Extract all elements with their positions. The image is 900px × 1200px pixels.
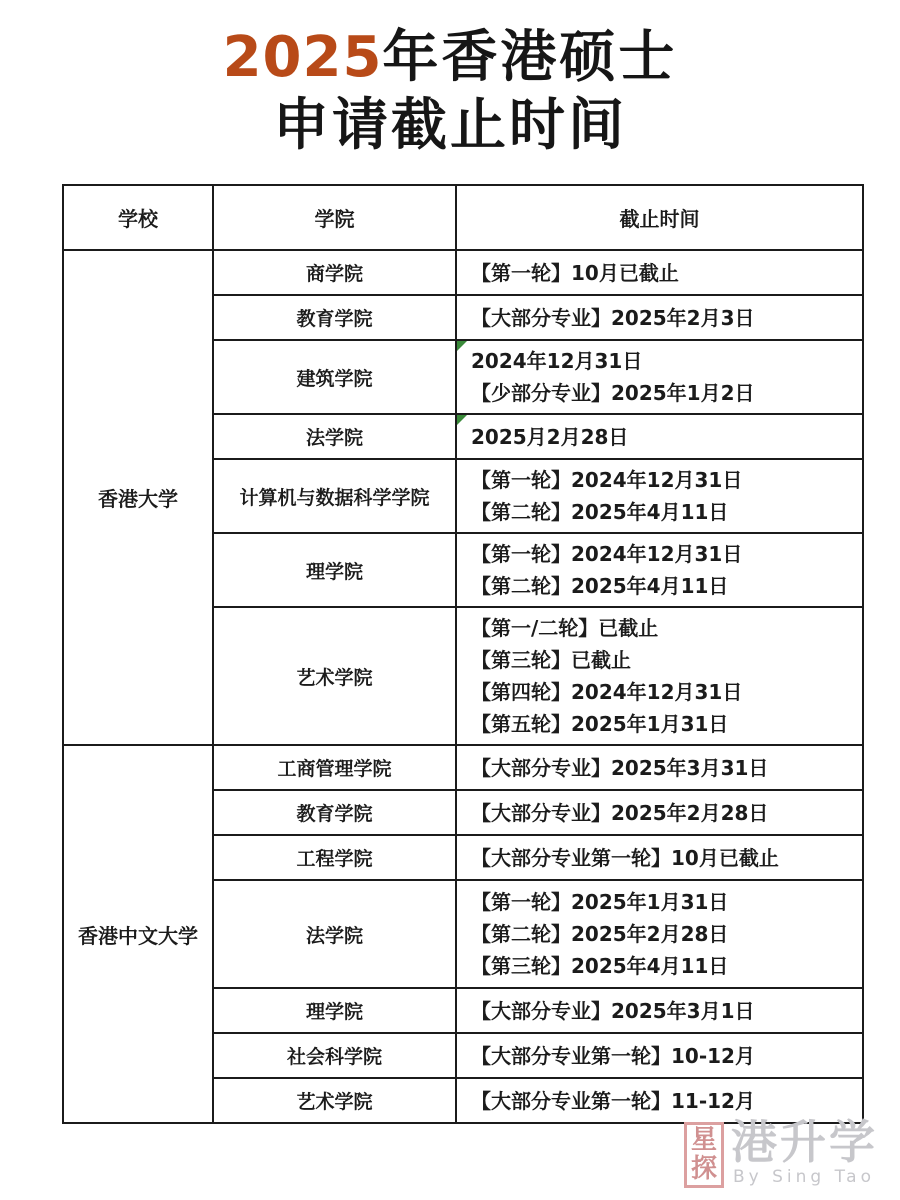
watermark-text: 港升学 By Sing Tao	[731, 1118, 878, 1187]
badge-char-top: 星	[691, 1126, 717, 1155]
singtao-badge-logo: 星 探	[684, 1122, 724, 1188]
deadline-line: 【少部分专业】2025年1月2日	[471, 377, 852, 409]
deadline-line: 【第一轮】2025年1月31日	[471, 886, 852, 918]
table-header-row: 学校 学院 截止时间	[63, 185, 863, 250]
deadline-cell: 【第一/二轮】已截止【第三轮】已截止【第四轮】2024年12月31日【第五轮】2…	[456, 607, 863, 745]
deadline-line: 【大部分专业】2025年2月28日	[471, 797, 852, 829]
college-cell: 工程学院	[213, 835, 456, 880]
deadline-cell: 【第一轮】2024年12月31日【第二轮】2025年4月11日	[456, 459, 863, 533]
table-row: 香港大学商学院【第一轮】10月已截止	[63, 250, 863, 295]
deadline-line: 【第四轮】2024年12月31日	[471, 676, 852, 708]
deadline-line: 【第一/二轮】已截止	[471, 612, 852, 644]
header-school: 学校	[63, 185, 213, 250]
deadline-line: 【第五轮】2025年1月31日	[471, 708, 852, 740]
title-year-accent: 2025	[223, 25, 383, 90]
page-title: 2025年香港硕士 申请截止时间	[0, 0, 900, 160]
deadline-cell: 【大部分专业】2025年2月28日	[456, 790, 863, 835]
deadline-cell: 2025月2月28日	[456, 414, 863, 459]
college-cell: 艺术学院	[213, 1078, 456, 1123]
college-cell: 法学院	[213, 880, 456, 988]
deadline-cell: 【大部分专业第一轮】10月已截止	[456, 835, 863, 880]
deadline-line: 【大部分专业第一轮】11-12月	[471, 1085, 852, 1117]
watermark: 星 探 港升学 By Sing Tao	[684, 1118, 878, 1188]
college-cell: 教育学院	[213, 295, 456, 340]
deadline-cell: 2024年12月31日【少部分专业】2025年1月2日	[456, 340, 863, 414]
watermark-brand: 港升学	[731, 1118, 878, 1166]
college-cell: 建筑学院	[213, 340, 456, 414]
deadline-line: 【大部分专业】2025年3月1日	[471, 995, 852, 1027]
college-cell: 社会科学院	[213, 1033, 456, 1078]
deadline-cell: 【第一轮】2024年12月31日【第二轮】2025年4月11日	[456, 533, 863, 607]
deadline-line: 【大部分专业】2025年3月31日	[471, 752, 852, 784]
deadline-cell: 【大部分专业第一轮】10-12月	[456, 1033, 863, 1078]
school-cell: 香港中文大学	[63, 745, 213, 1123]
badge-char-bottom: 探	[691, 1155, 717, 1184]
deadline-cell: 【大部分专业】2025年2月3日	[456, 295, 863, 340]
deadline-line: 【第二轮】2025年4月11日	[471, 496, 852, 528]
deadline-line: 【大部分专业】2025年2月3日	[471, 302, 852, 334]
college-cell: 理学院	[213, 533, 456, 607]
page-title-line2: 申请截止时间	[0, 92, 900, 160]
deadline-line: 【第一轮】2024年12月31日	[471, 538, 852, 570]
green-corner-flag-icon	[457, 341, 467, 351]
deadline-line: 【第三轮】已截止	[471, 644, 852, 676]
deadline-line: 【大部分专业第一轮】10月已截止	[471, 842, 852, 874]
college-cell: 法学院	[213, 414, 456, 459]
college-cell: 艺术学院	[213, 607, 456, 745]
college-cell: 工商管理学院	[213, 745, 456, 790]
deadline-line: 【第二轮】2025年4月11日	[471, 570, 852, 602]
college-cell: 理学院	[213, 988, 456, 1033]
deadline-line: 【第一轮】2024年12月31日	[471, 464, 852, 496]
deadline-line: 2024年12月31日	[471, 345, 852, 377]
deadline-line: 【第一轮】10月已截止	[471, 257, 852, 289]
header-college: 学院	[213, 185, 456, 250]
deadline-table: 学校 学院 截止时间 香港大学商学院【第一轮】10月已截止教育学院【大部分专业】…	[62, 184, 864, 1124]
deadline-line: 2025月2月28日	[471, 421, 852, 453]
college-cell: 教育学院	[213, 790, 456, 835]
title-line1-rest: 年香港硕士	[382, 25, 677, 90]
deadline-cell: 【大部分专业】2025年3月1日	[456, 988, 863, 1033]
deadline-line: 【第三轮】2025年4月11日	[471, 950, 852, 982]
green-corner-flag-icon	[457, 415, 467, 425]
deadline-line: 【大部分专业第一轮】10-12月	[471, 1040, 852, 1072]
header-deadline: 截止时间	[456, 185, 863, 250]
college-cell: 计算机与数据科学学院	[213, 459, 456, 533]
college-cell: 商学院	[213, 250, 456, 295]
watermark-byline: By Sing Tao	[731, 1167, 878, 1187]
school-cell: 香港大学	[63, 250, 213, 745]
deadline-cell: 【第一轮】10月已截止	[456, 250, 863, 295]
deadline-cell: 【第一轮】2025年1月31日【第二轮】2025年2月28日【第三轮】2025年…	[456, 880, 863, 988]
deadline-cell: 【大部分专业】2025年3月31日	[456, 745, 863, 790]
table-row: 香港中文大学工商管理学院【大部分专业】2025年3月31日	[63, 745, 863, 790]
deadline-line: 【第二轮】2025年2月28日	[471, 918, 852, 950]
page-title-line1: 2025年香港硕士	[0, 24, 900, 92]
